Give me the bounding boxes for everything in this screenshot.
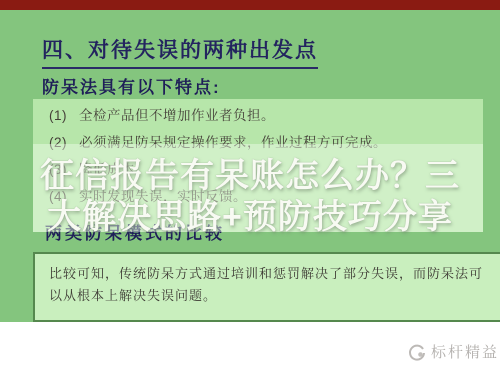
list-item: (1) 全检产品但不增加作业者负担。 bbox=[49, 108, 473, 123]
comparison-text-box: 比较可知，传统防呆方式通过培训和惩罚解决了部分失误，而防呆法可以从根本上解决失误… bbox=[33, 252, 500, 322]
features-section-header: 防呆法具有以下特点: bbox=[42, 73, 221, 98]
slide-title: 四、对待失误的两种出发点 bbox=[42, 34, 318, 69]
footer-area: 标杆精益 bbox=[0, 322, 500, 375]
brand-name-label: 标杆精益 bbox=[431, 341, 499, 362]
slide-screenshot: 四、对待失误的两种出发点 防呆法具有以下特点: (1) 全检产品但不增加作业者负… bbox=[0, 0, 500, 375]
swoosh-circle-icon bbox=[407, 342, 427, 362]
watermark-title-line2: 大解决思路+预防技巧分享 bbox=[0, 189, 500, 238]
brand-logo: 标杆精益 bbox=[407, 341, 499, 362]
top-red-bar bbox=[0, 0, 500, 10]
slide-body: 四、对待失误的两种出发点 防呆法具有以下特点: (1) 全检产品但不增加作业者负… bbox=[0, 10, 500, 322]
list-item-number: (1) bbox=[49, 108, 79, 123]
list-item-text: 全检产品但不增加作业者负担。 bbox=[79, 108, 275, 123]
